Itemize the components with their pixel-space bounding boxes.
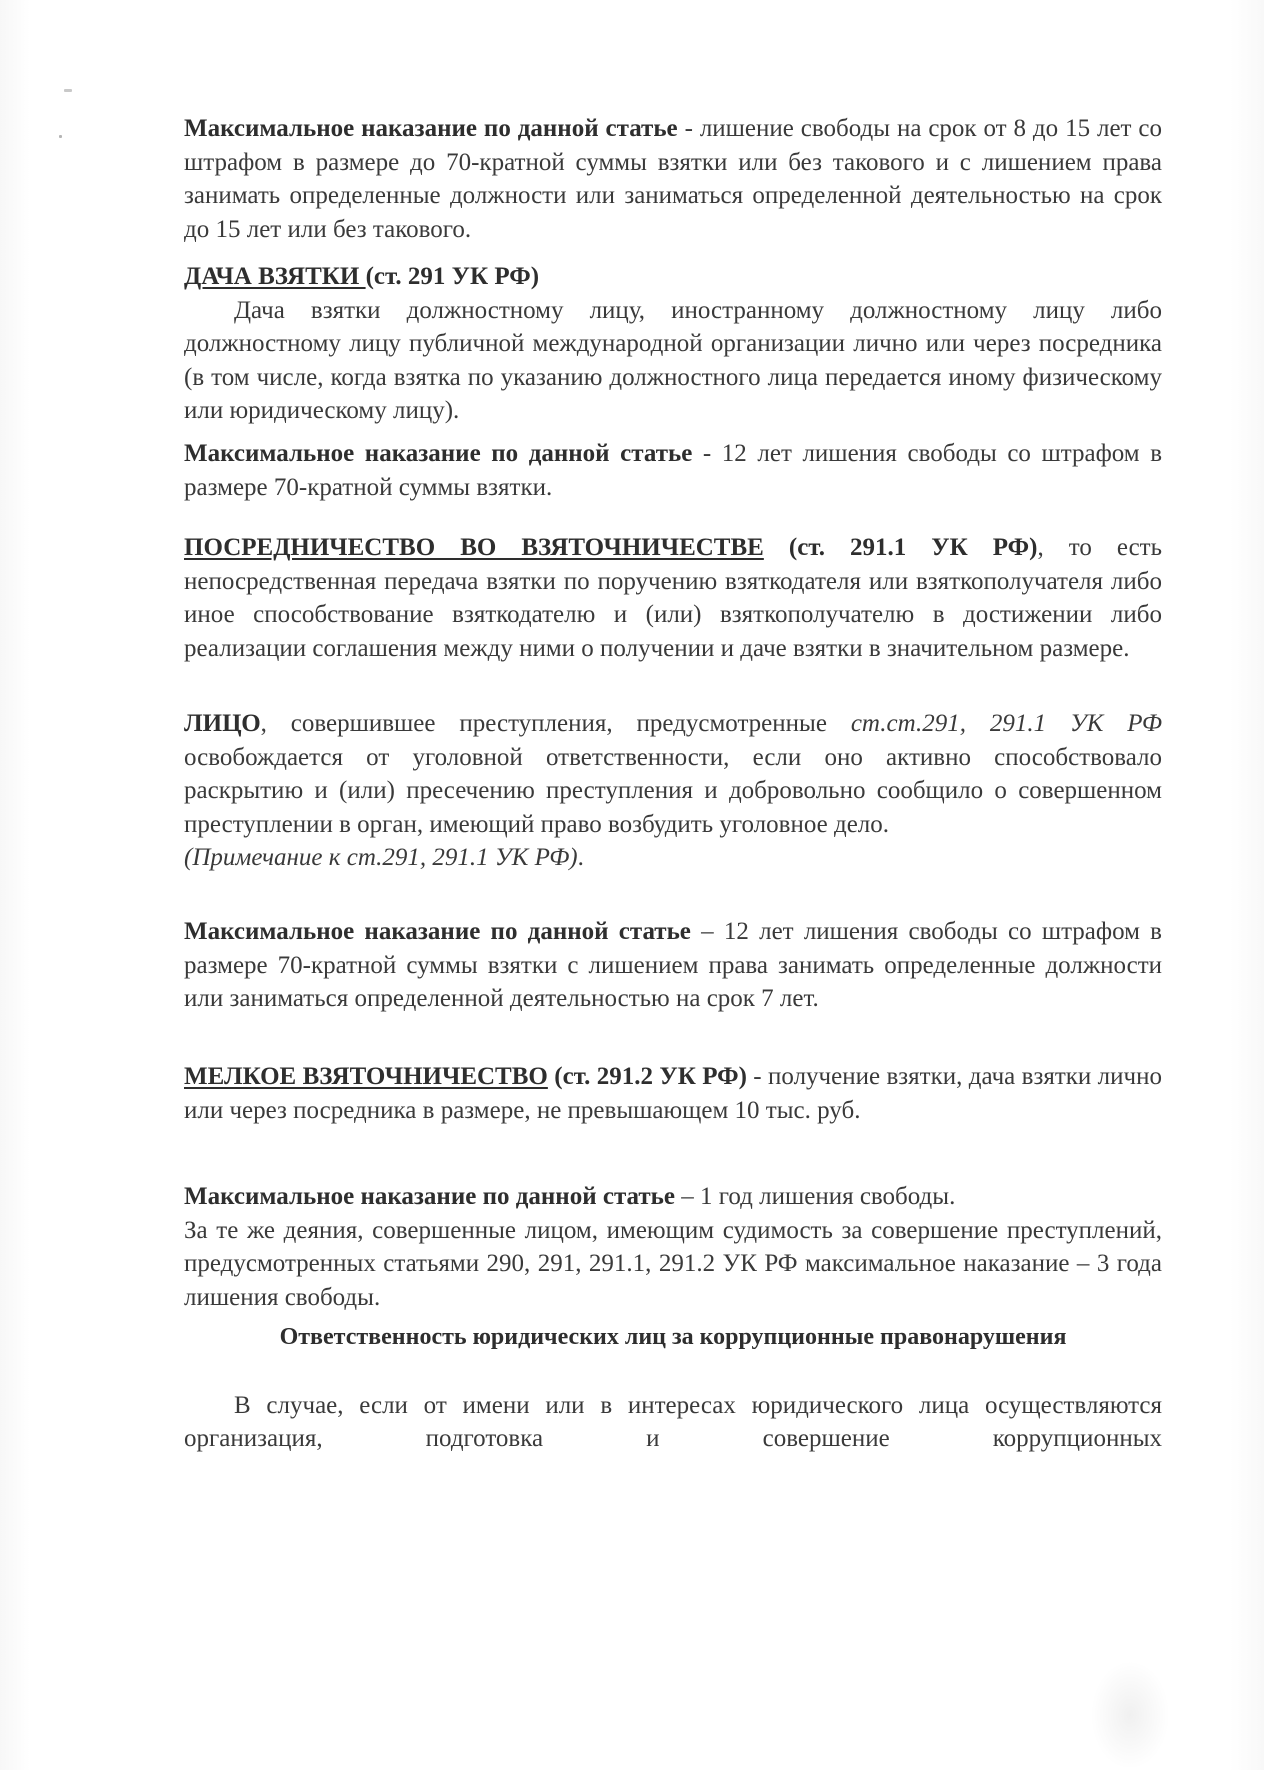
- section-bribery-mediation: ПОСРЕДНИЧЕСТВО ВО ВЗЯТОЧНИЧЕСТВЕ (ст. 29…: [184, 531, 1162, 665]
- section-exemption: ЛИЦО, совершившее преступления, предусмо…: [184, 707, 1162, 875]
- section-heading: ДАЧА ВЗЯТКИ: [184, 263, 366, 290]
- penalty-label: Максимальное наказание по данной статье: [184, 1183, 675, 1210]
- penalty-text: – 1 год лишения свободы.: [675, 1183, 955, 1210]
- repeat-offense-text: За те же деяния, совершенные лицом, имею…: [184, 1214, 1162, 1315]
- scan-artifact-dot: [59, 135, 62, 138]
- section-heading: Ответственность юридических лиц за корру…: [184, 1321, 1162, 1355]
- penalty-paragraph-2: Максимальное наказание по данной статье …: [184, 437, 1162, 504]
- article-ref: (ст. 291.1 УК РФ): [764, 534, 1038, 561]
- section-legal-entities: Ответственность юридических лиц за корру…: [184, 1321, 1162, 1456]
- section-heading: МЕЛКОЕ ВЗЯТОЧНИЧЕСТВО: [184, 1063, 548, 1090]
- penalty-paragraph-4: Максимальное наказание по данной статье …: [184, 1180, 1162, 1314]
- penalty-label: Максимальное наказание по данной статье: [184, 440, 692, 467]
- article-ref: (ст. 291.2 УК РФ): [548, 1063, 747, 1090]
- section-heading: ПОСРЕДНИЧЕСТВО ВО ВЗЯТОЧНИЧЕСТВЕ: [184, 534, 764, 561]
- scanned-page: Максимальное наказание по данной статье …: [0, 0, 1264, 1770]
- penalty-paragraph-3: Максимальное наказание по данной статье …: [184, 915, 1162, 1016]
- section-text-part2: освобождается от уголовной ответственнос…: [184, 744, 1162, 838]
- section-text: В случае, если от имени или в интересах …: [184, 1389, 1162, 1456]
- scan-artifact-mark: [64, 89, 72, 92]
- section-text: Дача взятки должностному лицу, иностранн…: [184, 294, 1162, 428]
- article-ref: (ст. 291 УК РФ): [366, 263, 539, 290]
- penalty-paragraph-1: Максимальное наказание по данной статье …: [184, 112, 1162, 246]
- penalty-label: Максимальное наказание по данной статье: [184, 115, 678, 142]
- article-ref-italic: ст.ст.291, 291.1 УК РФ: [851, 710, 1162, 737]
- note-end: .: [578, 844, 584, 871]
- note-reference: (Примечание к ст.291, 291.1 УК РФ): [184, 844, 578, 871]
- scan-smudge: [1090, 1660, 1170, 1770]
- section-bribe-giving: ДАЧА ВЗЯТКИ (ст. 291 УК РФ) Дача взятки …: [184, 260, 1162, 428]
- section-petty-bribery: МЕЛКОЕ ВЗЯТОЧНИЧЕСТВО (ст. 291.2 УК РФ) …: [184, 1060, 1162, 1127]
- section-text-part1: , совершившее преступления, предусмотрен…: [261, 710, 851, 737]
- penalty-label: Максимальное наказание по данной статье: [184, 918, 691, 945]
- section-heading: ЛИЦО: [184, 710, 261, 737]
